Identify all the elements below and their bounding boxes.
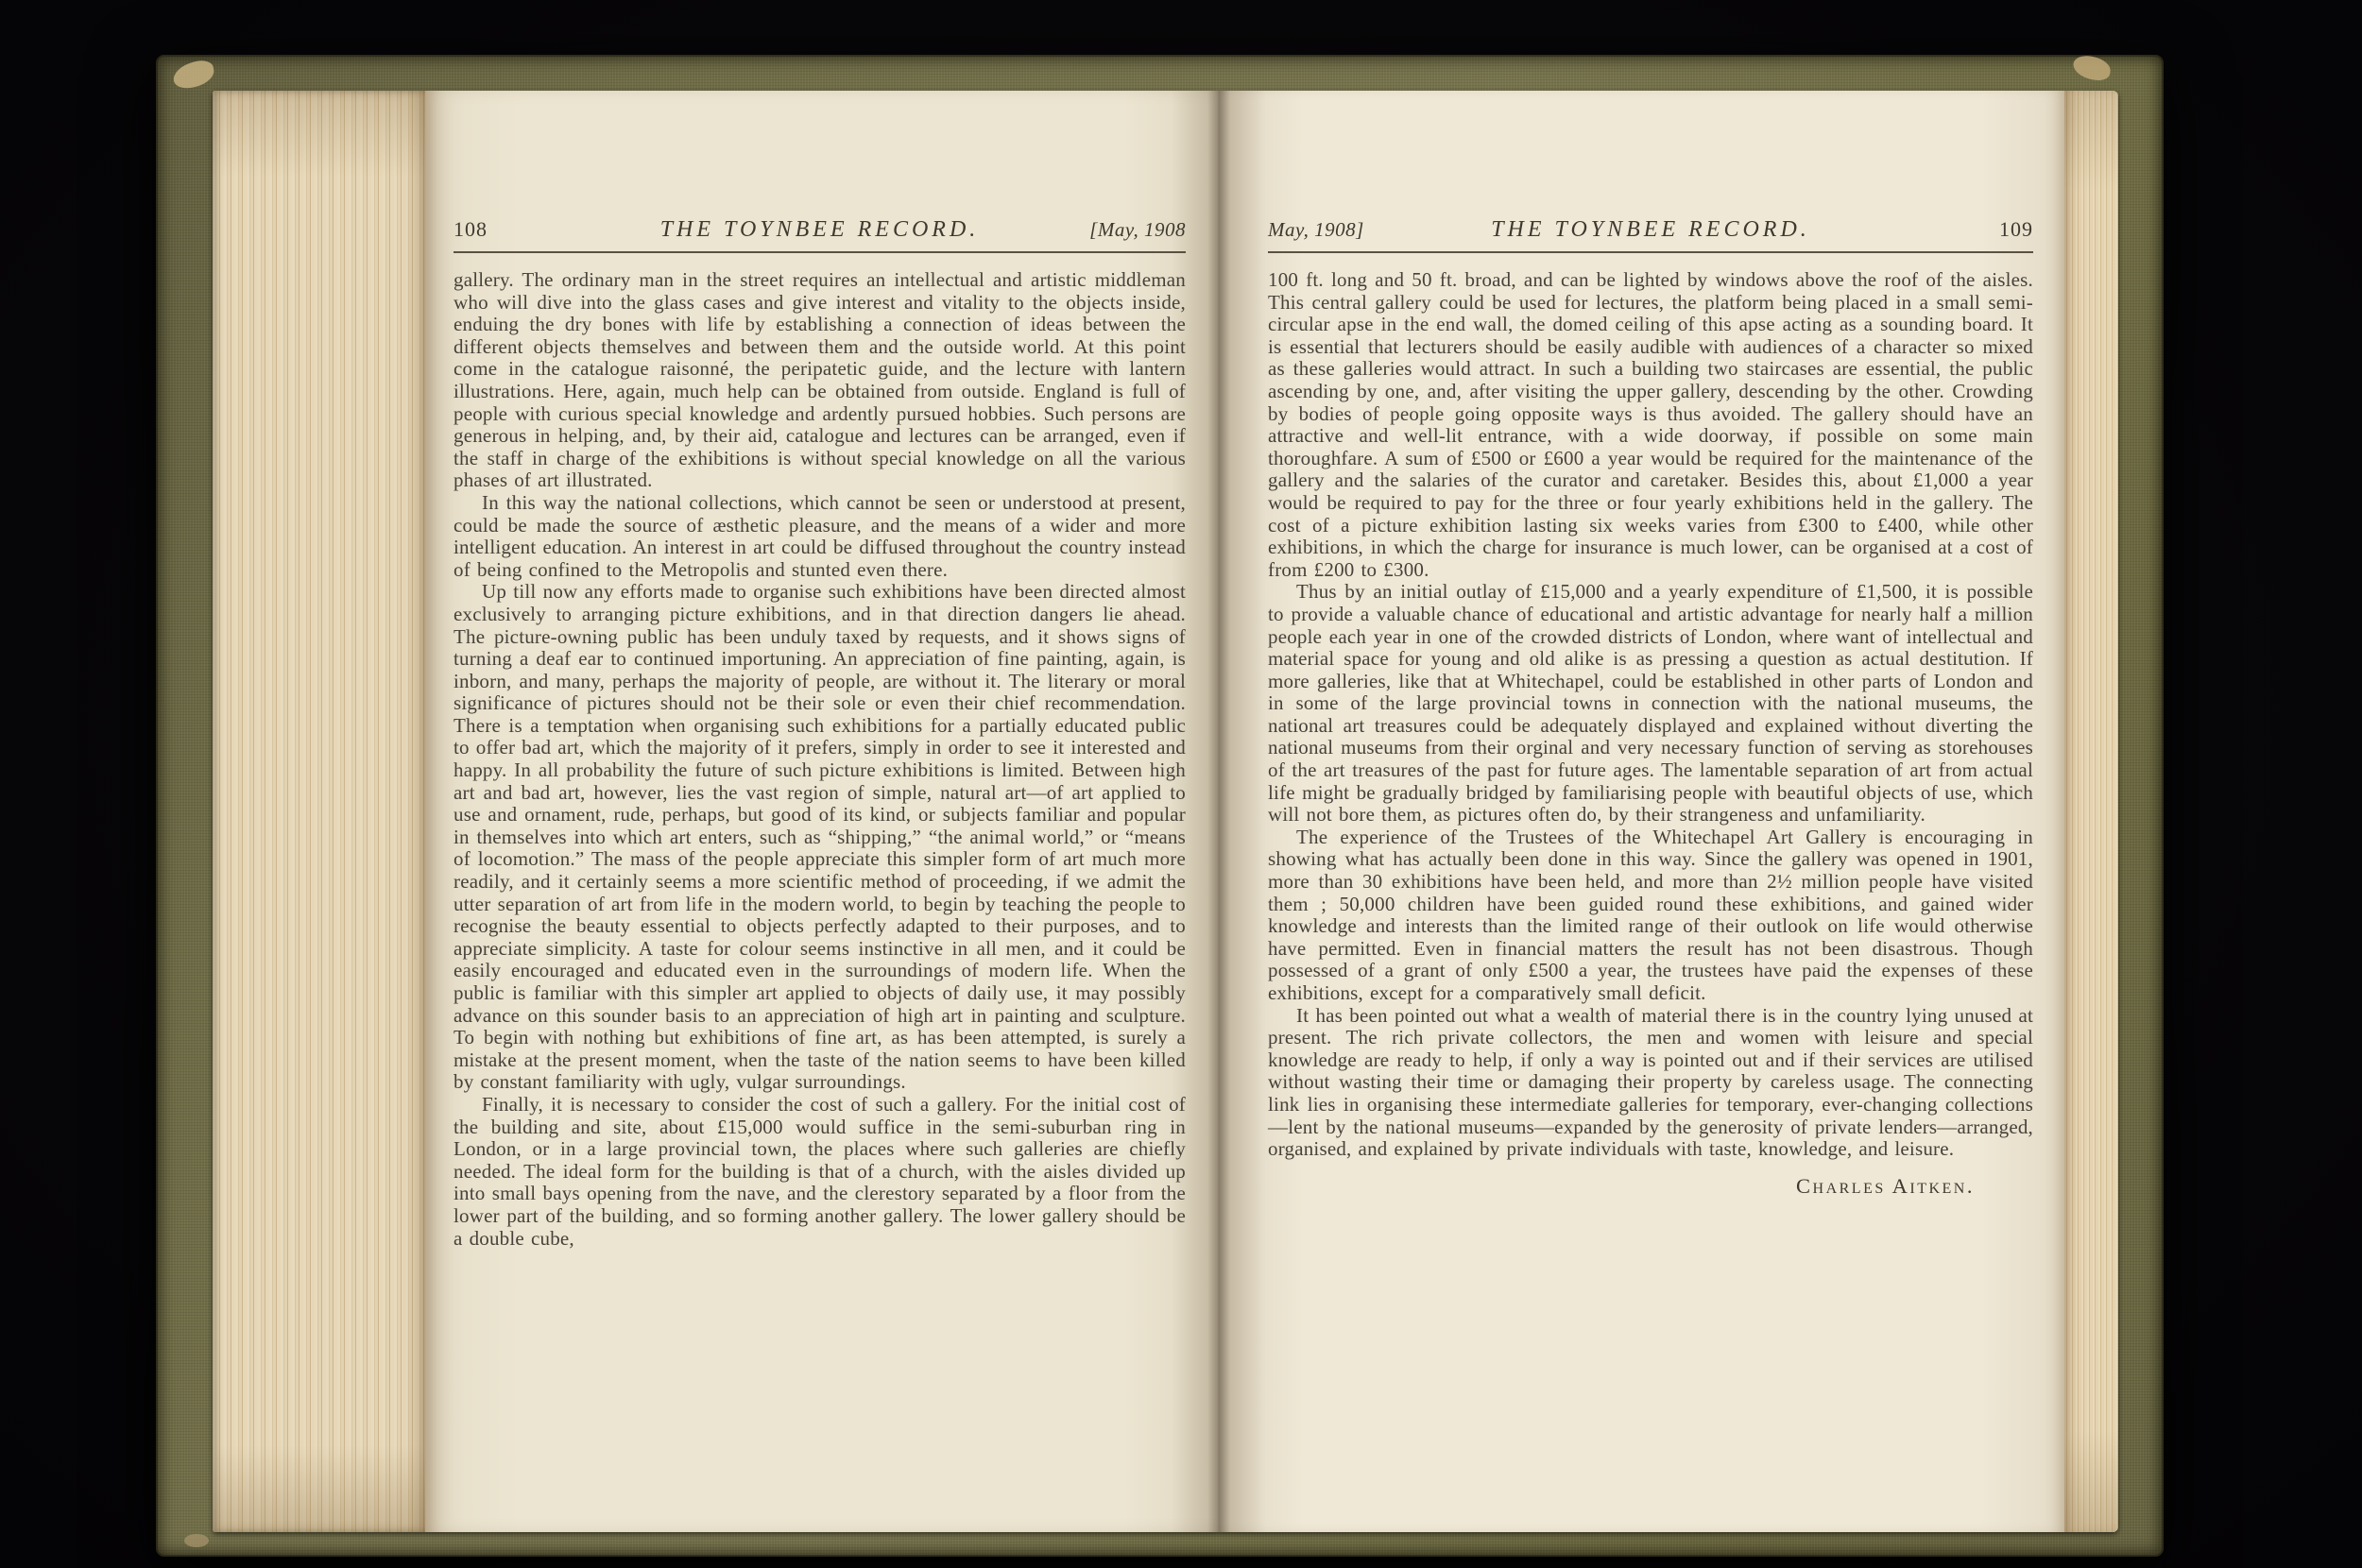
- right-page-number: 109: [1810, 217, 2033, 242]
- right-page-header: May, 1908] THE TOYNBEE RECORD. 109: [1268, 217, 2033, 243]
- page-edge-stack-right: [2064, 91, 2118, 1532]
- page-edge-stack-left: [213, 91, 425, 1532]
- worn-corner-top-left: [171, 58, 217, 92]
- worn-corner-top-right: [2071, 54, 2113, 83]
- paragraph: It has been pointed out what a wealth of…: [1268, 1005, 2033, 1161]
- book-photograph: 108 THE TOYNBEE RECORD. [May, 1908 galle…: [0, 0, 2362, 1568]
- left-header-rule: [454, 251, 1186, 253]
- paragraph: Finally, it is necessary to consider the…: [454, 1094, 1186, 1250]
- worn-corner-bottom-left: [184, 1534, 209, 1547]
- right-header-date: May, 1908]: [1268, 218, 1491, 242]
- left-header-date: [May, 1908: [979, 218, 1186, 242]
- right-page-text: May, 1908] THE TOYNBEE RECORD. 109 100 f…: [1268, 217, 2033, 1199]
- left-page-body: gallery. The ordinary man in the street …: [454, 269, 1186, 1250]
- paragraph: Up till now any efforts made to organise…: [454, 581, 1186, 1094]
- paragraph: In this way the national collections, wh…: [454, 492, 1186, 581]
- paragraph: 100 ft. long and 50 ft. broad, and can b…: [1268, 269, 2033, 581]
- right-header-rule: [1268, 251, 2033, 253]
- left-running-title: THE TOYNBEE RECORD.: [660, 217, 980, 243]
- open-pages: 108 THE TOYNBEE RECORD. [May, 1908 galle…: [213, 91, 2118, 1532]
- author-signature: Charles Aitken.: [1268, 1174, 2033, 1199]
- left-page-text: 108 THE TOYNBEE RECORD. [May, 1908 galle…: [454, 217, 1186, 1250]
- book-cover: 108 THE TOYNBEE RECORD. [May, 1908 galle…: [156, 55, 2164, 1557]
- left-page-number: 108: [454, 217, 660, 242]
- paragraph: The experience of the Trustees of the Wh…: [1268, 827, 2033, 1005]
- right-running-title: THE TOYNBEE RECORD.: [1491, 217, 1810, 243]
- right-page-body: 100 ft. long and 50 ft. broad, and can b…: [1268, 269, 2033, 1161]
- paragraph: gallery. The ordinary man in the street …: [454, 269, 1186, 492]
- paragraph: Thus by an initial outlay of £15,000 and…: [1268, 581, 2033, 827]
- left-page-header: 108 THE TOYNBEE RECORD. [May, 1908: [454, 217, 1186, 243]
